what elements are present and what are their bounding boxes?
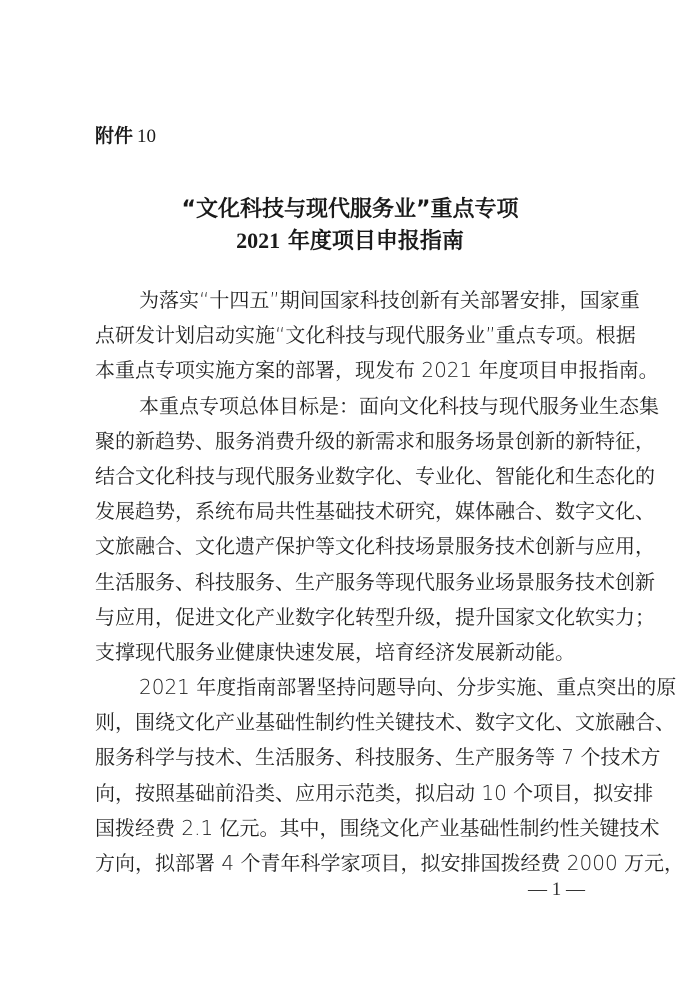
- paragraph-2-line-3: 结合文化科技与现代服务业数字化、专业化、智能化和生态化的: [95, 459, 607, 494]
- paragraph-2-line-2: 聚的新趋势、服务消费升级的新需求和服务场景创新的新特征，: [95, 424, 607, 459]
- paragraph-2-line-8: 支撑现代服务业健康快速发展，培育经济发展新动能。: [95, 635, 607, 670]
- paragraph-2-line-5: 文旅融合、文化遗产保护等文化科技场景服务技术创新与应用，: [95, 529, 607, 564]
- paragraph-3-line-5: 国拨经费 2.1 亿元。其中，围绕文化产业基础性制约性关键技术: [95, 811, 607, 846]
- paragraph-2-line-4: 发展趋势，系统布局共性基础技术研究，媒体融合、数字文化、: [95, 494, 607, 529]
- paragraph-3-line-6: 方向，拟部署 4 个青年科学家项目，拟安排国拨经费 2000 万元，: [95, 846, 607, 881]
- paragraph-3-line-1: 2021 年度指南部署坚持问题导向、分步实施、重点突出的原: [95, 670, 607, 705]
- document-title-line-1: “文化科技与现代服务业”重点专项: [0, 195, 700, 225]
- paragraph-2-line-1: 本重点专项总体目标是：面向文化科技与现代服务业生态集: [95, 389, 607, 424]
- document-page: 附件10 “文化科技与现代服务业”重点专项 2021 年度项目申报指南 为落实“…: [0, 0, 700, 989]
- page-number: — 1 —: [528, 878, 585, 902]
- paragraph-3-line-3: 服务科学与技术、生活服务、科技服务、生产服务等 7 个技术方: [95, 740, 607, 775]
- attachment-label-text: 附件: [95, 125, 133, 147]
- paragraph-1-line-1: 为落实“十四五”期间国家科技创新有关部署安排，国家重: [95, 283, 607, 318]
- title-line-2-text: 年度项目申报指南: [280, 229, 464, 254]
- paragraph-1-line-2: 点研发计划启动实施“文化科技与现代服务业”重点专项。根据: [95, 318, 607, 353]
- paragraph-1-line-3: 本重点专项实施方案的部署，现发布 2021 年度项目申报指南。: [95, 353, 607, 388]
- document-body: 为落实“十四五”期间国家科技创新有关部署安排，国家重 点研发计划启动实施“文化科…: [95, 283, 607, 881]
- paragraph-2-line-7: 与应用，促进文化产业数字化转型升级，提升国家文化软实力；: [95, 600, 607, 635]
- attachment-label: 附件10: [95, 124, 156, 149]
- paragraph-3-line-4: 向，按照基础前沿类、应用示范类，拟启动 10 个项目，拟安排: [95, 776, 607, 811]
- document-title-line-2: 2021 年度项目申报指南: [0, 226, 700, 257]
- attachment-number: 10: [137, 126, 156, 147]
- paragraph-3-line-2: 则，围绕文化产业基础性制约性关键技术、数字文化、文旅融合、: [95, 705, 607, 740]
- paragraph-2-line-6: 生活服务、科技服务、生产服务等现代服务业场景服务技术创新: [95, 565, 607, 600]
- title-year: 2021: [236, 228, 280, 253]
